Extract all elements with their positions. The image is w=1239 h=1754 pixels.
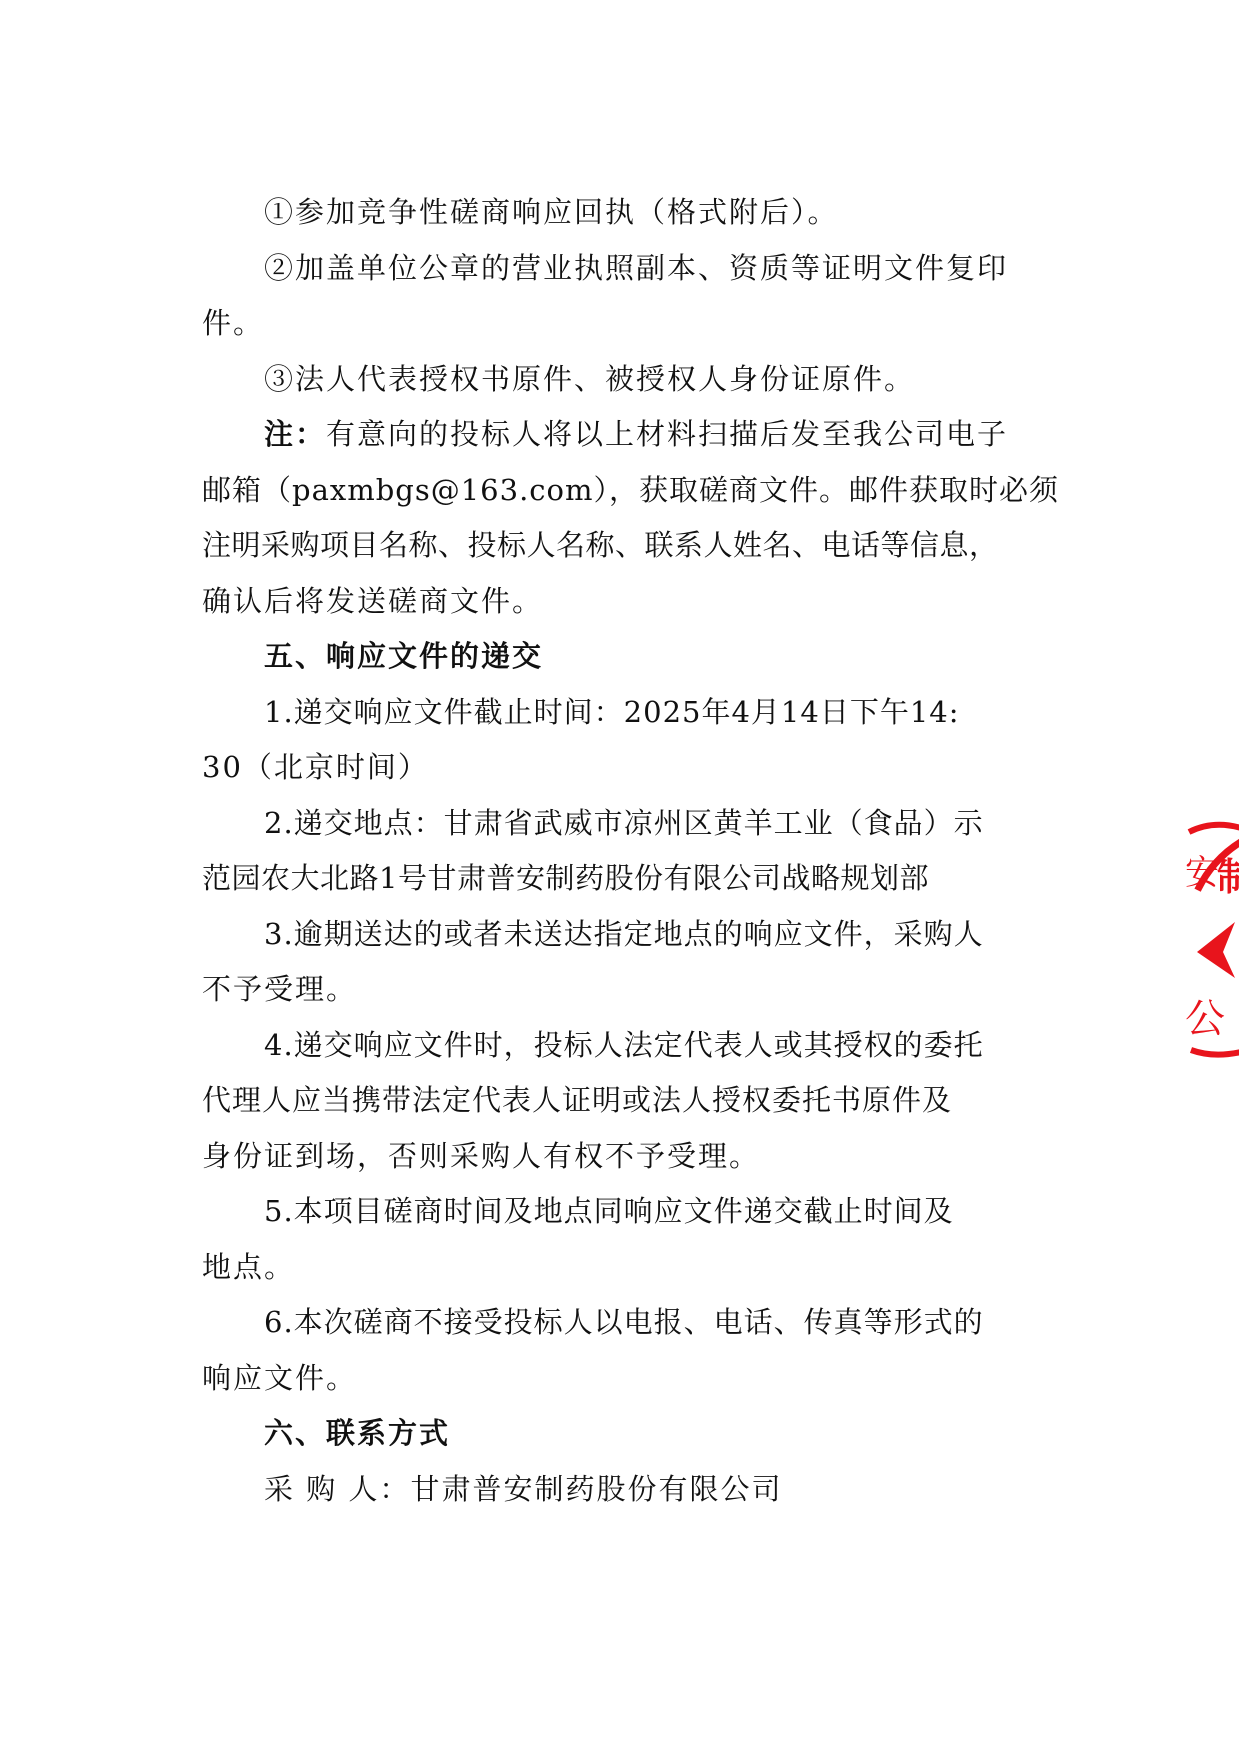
list-item-2-cont: 件。 — [202, 296, 1048, 352]
purchaser-name: 甘肃普安制药股份有限公司 — [410, 1472, 782, 1506]
section-5-item-1: 1.递交响应文件截止时间：2025年4月14日下午14: — [202, 685, 1048, 741]
list-item-1: ①参加竞争性磋商响应回执（格式附后）。 — [202, 185, 1048, 241]
section-heading-6: 六、联系方式 — [202, 1406, 1048, 1462]
document-body: ①参加竞争性磋商响应回执（格式附后）。 ②加盖单位公章的营业执照副本、资质等证明… — [202, 185, 1048, 1517]
location-text: 2.递交地点：甘肃省武威市凉州区黄羊工业（食品）示 — [264, 806, 984, 840]
list-item-3: ③法人代表授权书原件、被授权人身份证原件。 — [202, 352, 1048, 408]
note-paragraph-cont-3: 确认后将发送磋商文件。 — [202, 574, 1048, 630]
no-telegram-text-cont: 响应文件。 — [202, 1361, 357, 1395]
document-page: ①参加竞争性磋商响应回执（格式附后）。 ②加盖单位公章的营业执照副本、资质等证明… — [0, 0, 1239, 1754]
purchaser-label: 采 购 人： — [264, 1472, 410, 1506]
item-3-text: ③法人代表授权书原件、被授权人身份证原件。 — [264, 362, 915, 396]
purchaser-line: 采 购 人：甘肃普安制药股份有限公司 — [202, 1462, 1048, 1518]
no-telegram-text: 6.本次磋商不接受投标人以电报、电话、传真等形式的 — [264, 1305, 984, 1339]
note-text-line4: 确认后将发送磋商文件。 — [202, 584, 543, 618]
section-5-title: 五、响应文件的递交 — [264, 639, 543, 673]
item-1-text: ①参加竞争性磋商响应回执（格式附后）。 — [264, 195, 839, 229]
section-5-item-2: 2.递交地点：甘肃省武威市凉州区黄羊工业（食品）示 — [202, 796, 1048, 852]
item-2-text-line1: ②加盖单位公章的营业执照副本、资质等证明文件复印 — [264, 251, 1008, 285]
section-5-item-2-cont: 范园农大北路1号甘肃普安制药股份有限公司战略规划部 — [202, 851, 1048, 907]
late-submission-text-cont: 不予受理。 — [202, 972, 357, 1006]
late-submission-text: 3.逾期送达的或者未送达指定地点的响应文件，采购人 — [264, 917, 984, 951]
negotiation-time-text-cont: 地点。 — [202, 1250, 295, 1284]
note-label: 注： — [264, 417, 326, 451]
section-5-item-5-cont: 地点。 — [202, 1240, 1048, 1296]
note-paragraph: 注：有意向的投标人将以上材料扫描后发至我公司电子 — [202, 407, 1048, 463]
section-6-title: 六、联系方式 — [264, 1416, 450, 1450]
representative-text: 4.递交响应文件时，投标人法定代表人或其授权的委托 — [264, 1028, 984, 1062]
note-text-line2: 邮箱（paxmbgs@163.com），获取磋商文件。邮件获取时必须 — [202, 473, 1059, 507]
section-5-item-4: 4.递交响应文件时，投标人法定代表人或其授权的委托 — [202, 1018, 1048, 1074]
seal-char-an: 安 — [1185, 853, 1219, 893]
section-5-item-1-cont: 30（北京时间） — [202, 740, 1048, 796]
list-item-2: ②加盖单位公章的营业执照副本、资质等证明文件复印 — [202, 241, 1048, 297]
note-text-line1: 有意向的投标人将以上材料扫描后发至我公司电子 — [326, 417, 1008, 451]
note-paragraph-cont-1: 邮箱（paxmbgs@163.com），获取磋商文件。邮件获取时必须 — [202, 463, 1048, 519]
section-5-item-6-cont: 响应文件。 — [202, 1351, 1048, 1407]
section-5-item-5: 5.本项目磋商时间及地点同响应文件递交截止时间及 — [202, 1184, 1048, 1240]
section-5-item-6: 6.本次磋商不接受投标人以电报、电话、传真等形式的 — [202, 1295, 1048, 1351]
note-text-line3: 注明采购项目名称、投标人名称、联系人姓名、电话等信息， — [202, 528, 999, 562]
section-heading-5: 五、响应文件的递交 — [202, 629, 1048, 685]
seal-char-zhi: 制 — [1217, 855, 1239, 899]
note-paragraph-cont-2: 注明采购项目名称、投标人名称、联系人姓名、电话等信息， — [202, 518, 1048, 574]
location-text-cont: 范园农大北路1号甘肃普安制药股份有限公司战略规划部 — [202, 861, 929, 895]
representative-text-cont-1: 代理人应当携带法定代表人证明或法人授权委托书原件及 — [202, 1083, 952, 1117]
section-5-item-3: 3.逾期送达的或者未送达指定地点的响应文件，采购人 — [202, 907, 1048, 963]
negotiation-time-text: 5.本项目磋商时间及地点同响应文件递交截止时间及 — [264, 1194, 954, 1228]
seal-char-gong: 公 — [1185, 996, 1225, 1042]
section-5-item-4-cont-2: 身份证到场，否则采购人有权不予受理。 — [202, 1129, 1048, 1185]
company-seal: 安 制 公 — [1183, 818, 1239, 1064]
deadline-text: 1.递交响应文件截止时间：2025年4月14日下午14: — [264, 695, 960, 729]
seal-star-icon — [1197, 922, 1235, 978]
section-5-item-3-cont: 不予受理。 — [202, 962, 1048, 1018]
item-2-text-line2: 件。 — [202, 306, 264, 340]
deadline-text-cont: 30（北京时间） — [202, 750, 429, 784]
section-5-item-4-cont-1: 代理人应当携带法定代表人证明或法人授权委托书原件及 — [202, 1073, 1048, 1129]
representative-text-cont-2: 身份证到场，否则采购人有权不予受理。 — [202, 1139, 760, 1173]
